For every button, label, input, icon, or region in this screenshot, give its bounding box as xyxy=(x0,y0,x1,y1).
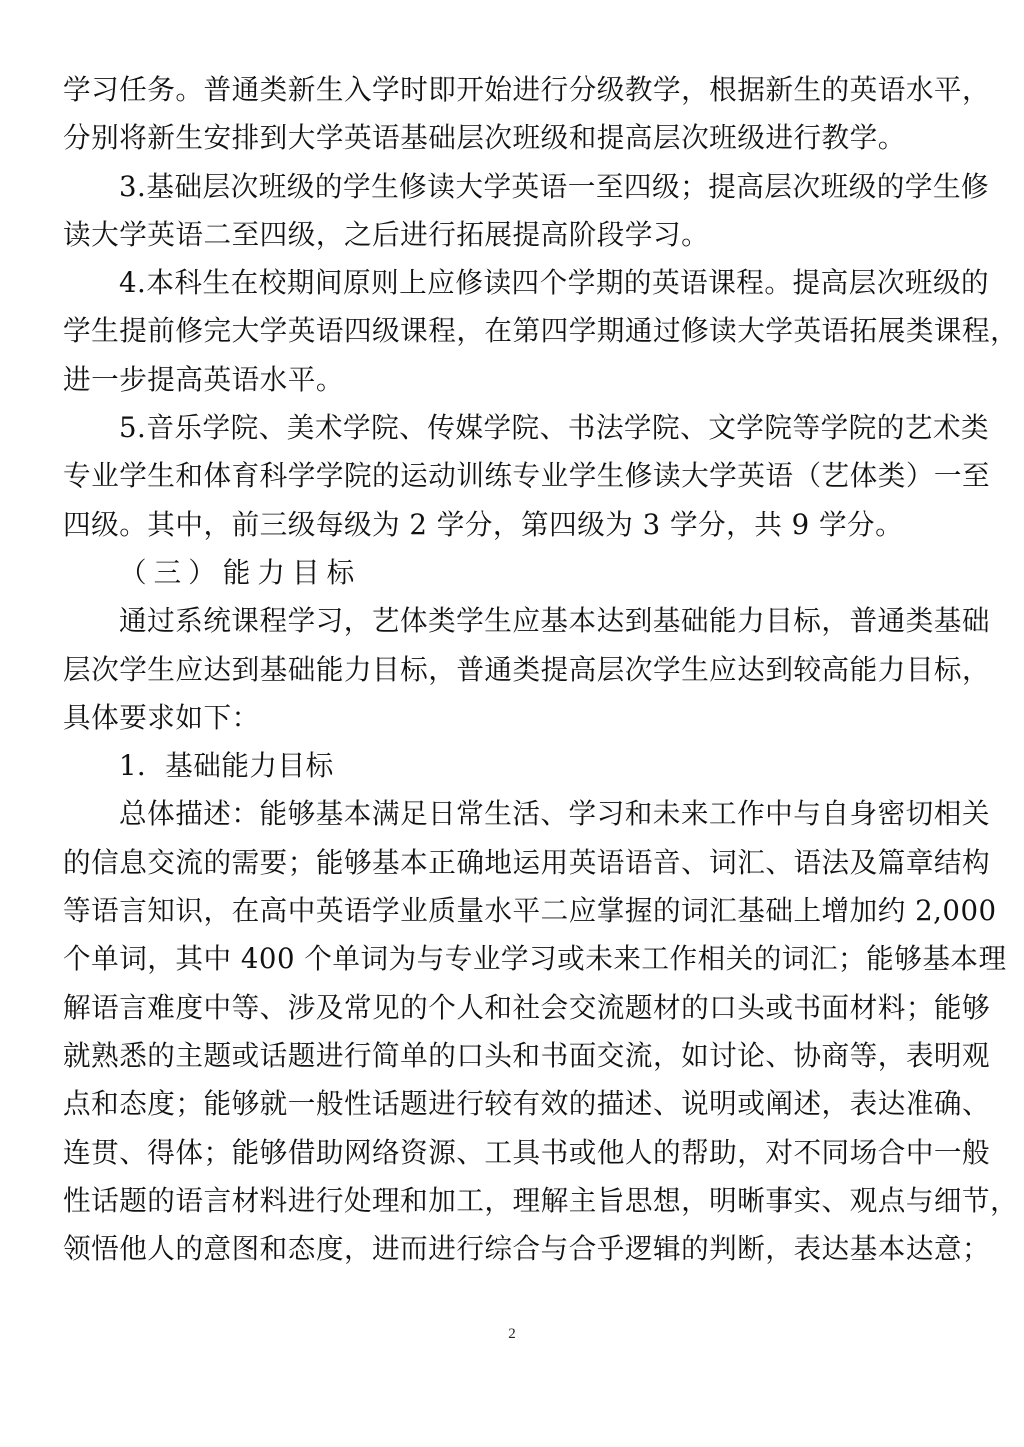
paragraph-start: 总体描述：能够基本满足日常生活、学习和未来工作中与自身密切相关 xyxy=(63,790,965,838)
paragraph-start: 通过系统课程学习，艺体类学生应基本达到基础能力目标，普通类基础 xyxy=(63,597,965,645)
section-heading: （三）能力目标 xyxy=(63,549,965,597)
page-number: 2 xyxy=(0,1326,1024,1343)
text-line: 连贯、得体；能够借助网络资源、工具书或他人的帮助，对不同场合中一般 xyxy=(63,1129,965,1177)
document-page: 学习任务。普通类新生入学时即开始进行分级教学，根据新生的英语水平， 分别将新生安… xyxy=(63,66,965,1273)
subsection-heading: 1．基础能力目标 xyxy=(63,742,965,790)
text-line: 学生提前修完大学英语四级课程，在第四学期通过修读大学英语拓展类课程， xyxy=(63,307,965,355)
text-line: 具体要求如下： xyxy=(63,694,965,742)
text-line: 解语言难度中等、涉及常见的个人和社会交流题材的口头或书面材料；能够 xyxy=(63,984,965,1032)
text-line: 个单词，其中 400 个单词为与专业学习或未来工作相关的词汇；能够基本理 xyxy=(63,935,965,983)
list-item-4: 4.本科生在校期间原则上应修读四个学期的英语课程。提高层次班级的 xyxy=(63,259,965,307)
text-line: 就熟悉的主题或话题进行简单的口头和书面交流，如讨论、协商等，表明观 xyxy=(63,1032,965,1080)
text-line: 等语言知识，在高中英语学业质量水平二应掌握的词汇基础上增加约 2,000 xyxy=(63,887,965,935)
text-line: 分别将新生安排到大学英语基础层次班级和提高层次班级进行教学。 xyxy=(63,114,965,162)
text-line: 性话题的语言材料进行处理和加工，理解主旨思想，明晰事实、观点与细节， xyxy=(63,1177,965,1225)
text-line: 专业学生和体育科学学院的运动训练专业学生修读大学英语（艺体类）一至 xyxy=(63,452,965,500)
list-item-3: 3.基础层次班级的学生修读大学英语一至四级；提高层次班级的学生修 xyxy=(63,163,965,211)
text-line: 领悟他人的意图和态度，进而进行综合与合乎逻辑的判断，表达基本达意； xyxy=(63,1225,965,1273)
text-line: 点和态度；能够就一般性话题进行较有效的描述、说明或阐述，表达准确、 xyxy=(63,1080,965,1128)
text-line: 四级。其中，前三级每级为 2 学分，第四级为 3 学分，共 9 学分。 xyxy=(63,501,965,549)
text-line: 进一步提高英语水平。 xyxy=(63,356,965,404)
text-line: 读大学英语二至四级，之后进行拓展提高阶段学习。 xyxy=(63,211,965,259)
text-line: 学习任务。普通类新生入学时即开始进行分级教学，根据新生的英语水平， xyxy=(63,66,965,114)
text-line: 层次学生应达到基础能力目标，普通类提高层次学生应达到较高能力目标， xyxy=(63,646,965,694)
text-line: 的信息交流的需要；能够基本正确地运用英语语音、词汇、语法及篇章结构 xyxy=(63,839,965,887)
list-item-5: 5.音乐学院、美术学院、传媒学院、书法学院、文学院等学院的艺术类 xyxy=(63,404,965,452)
